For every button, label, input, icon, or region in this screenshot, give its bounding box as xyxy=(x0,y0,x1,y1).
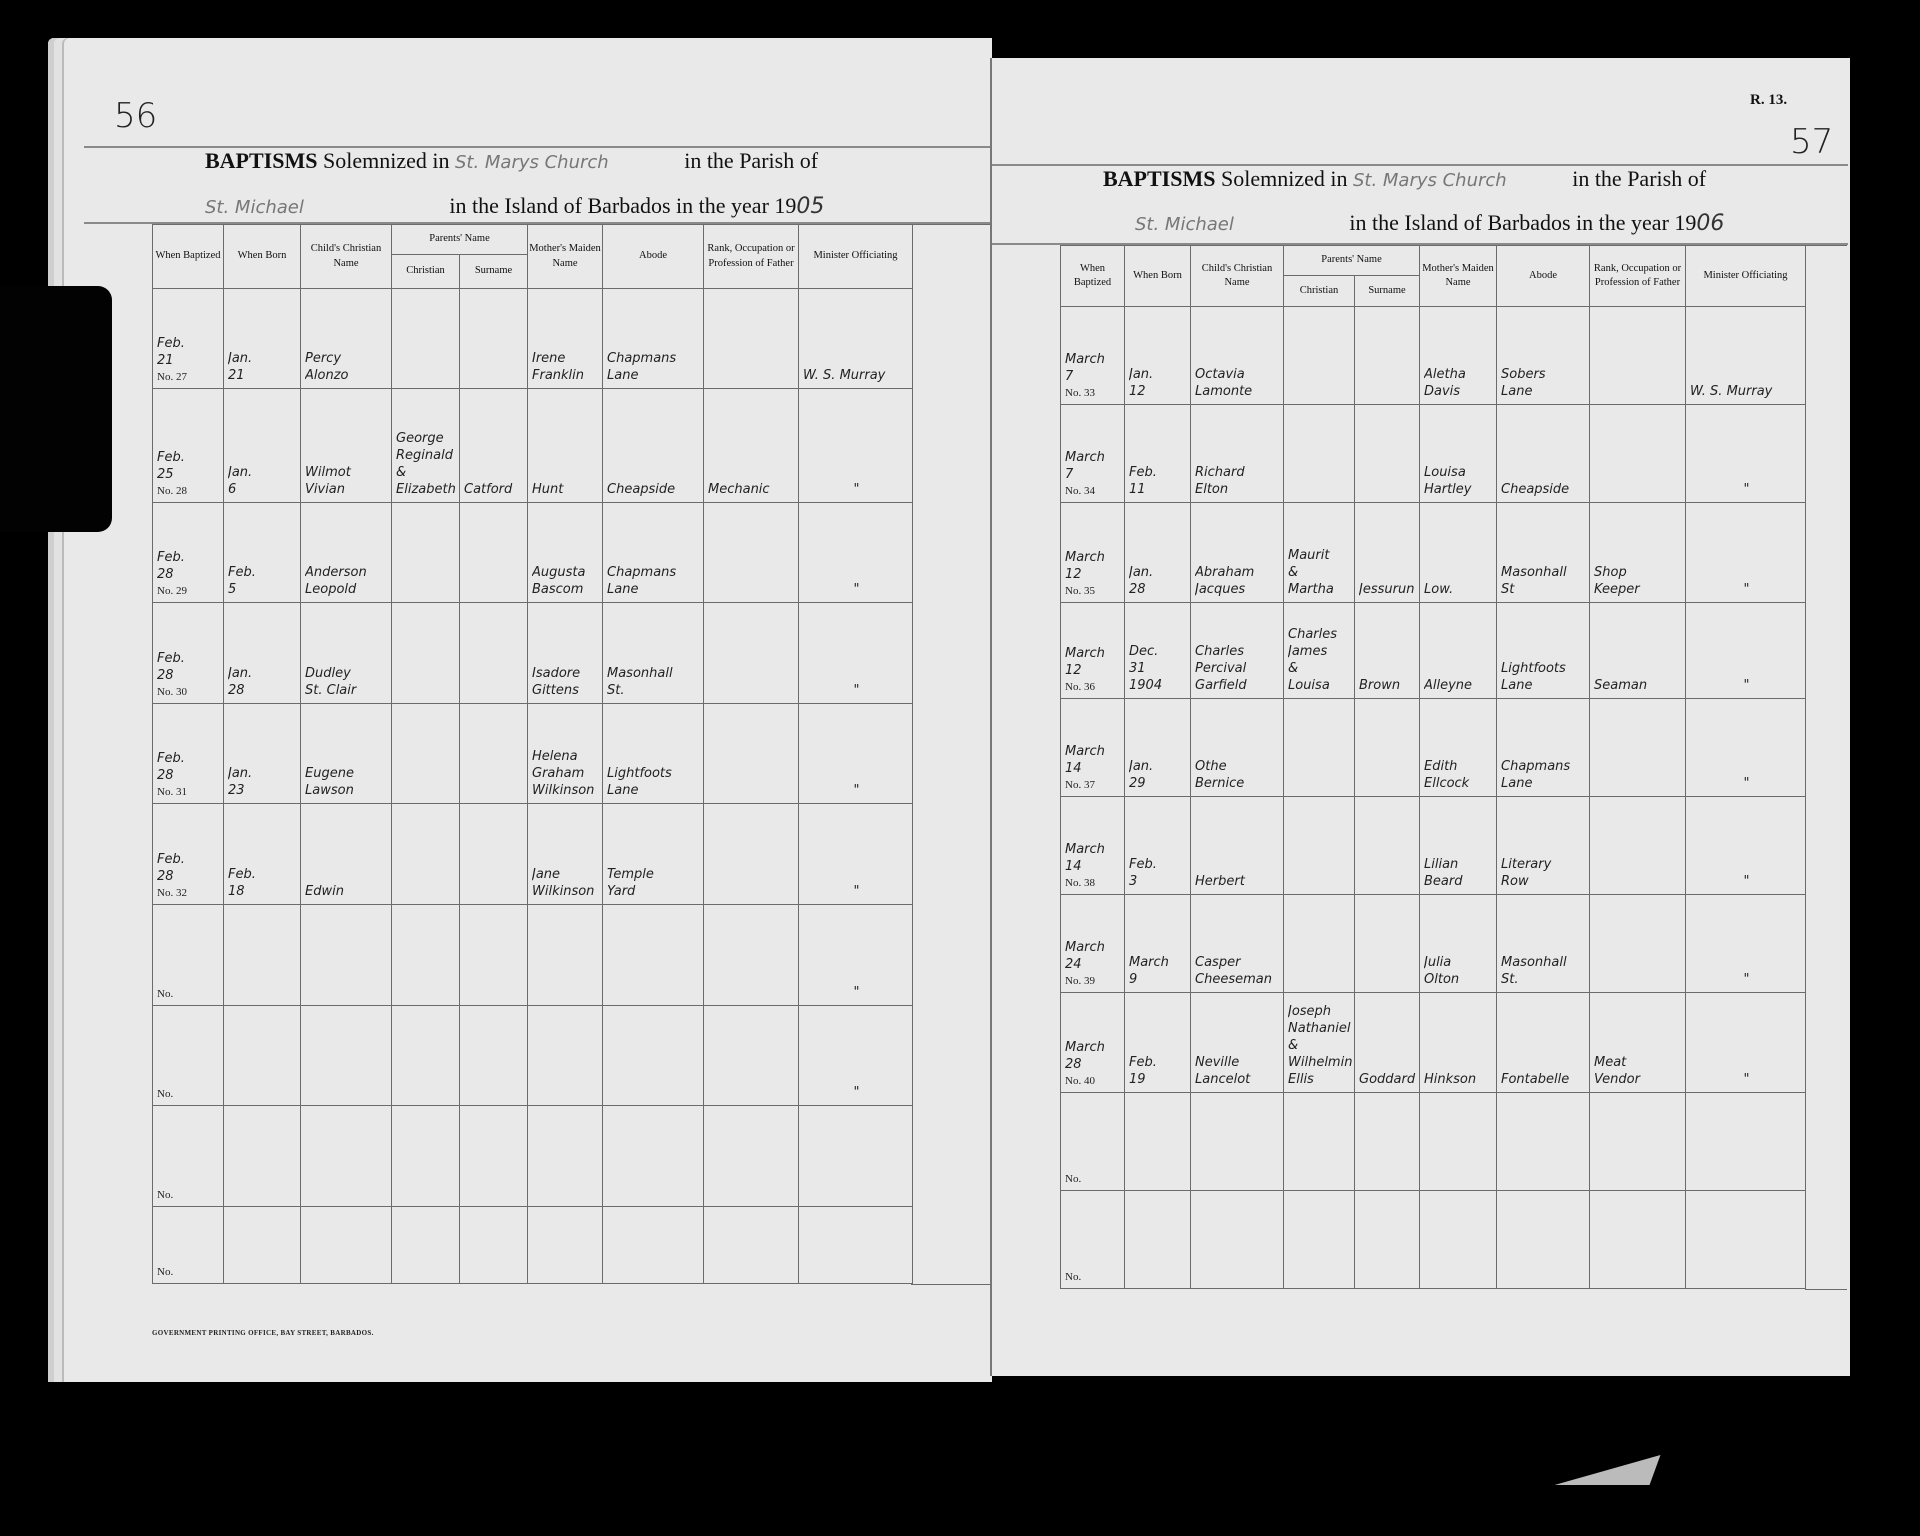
cell-born xyxy=(1125,1093,1191,1191)
cell-child: AbrahamJacques xyxy=(1191,503,1284,603)
cell-baptized: March7No. 34 xyxy=(1061,405,1125,503)
cell-minister xyxy=(799,1106,913,1207)
cell-text: Abraham xyxy=(1195,566,1281,581)
cell-text: Nathaniel xyxy=(1288,1022,1352,1037)
col-parent-surname-right: Surname xyxy=(1355,276,1420,307)
cell-baptized: March14No. 38 xyxy=(1061,797,1125,895)
cell-child: EugeneLawson xyxy=(301,704,392,804)
cell-child: DudleySt. Clair xyxy=(301,603,392,704)
table-row: Feb.21No. 27Jan.21PercyAlonzoIreneFrankl… xyxy=(153,289,913,389)
cell-text: Lane xyxy=(607,583,701,598)
cell-text: 28 xyxy=(157,870,221,885)
cell-baptized: March7No. 33 xyxy=(1061,307,1125,405)
cell-abode: LightfootsLane xyxy=(1497,603,1590,699)
cell-text: Feb. xyxy=(157,752,221,767)
cell-occupation: Mechanic xyxy=(704,389,799,503)
cell-mother: HelenaGrahamWilkinson xyxy=(528,704,603,804)
col-minister-right: Minister Officiating xyxy=(1686,246,1806,307)
cell-abode xyxy=(603,1106,704,1207)
form-code: R. 13. xyxy=(1750,92,1787,109)
entry-number: No. 29 xyxy=(157,585,221,598)
cell-text: " xyxy=(803,684,910,699)
cell-text: Dudley xyxy=(305,667,389,682)
cell-text: Jan. xyxy=(1129,368,1188,383)
cell-abode: ChapmansLane xyxy=(1497,699,1590,797)
cell-mother: LouisaHartley xyxy=(1420,405,1497,503)
cell-text: Feb. xyxy=(157,551,221,566)
cell-text: George xyxy=(396,432,457,447)
cell-baptized: No. xyxy=(153,1106,224,1207)
cell-text: Jan. xyxy=(1129,760,1188,775)
cell-occupation xyxy=(704,905,799,1006)
cell-p-christian xyxy=(1284,1191,1355,1289)
entry-number: No. xyxy=(1065,1271,1122,1284)
cell-text: Edith xyxy=(1424,760,1494,775)
cell-text: Mechanic xyxy=(708,483,796,498)
cell-p-christian xyxy=(1284,797,1355,895)
cell-text: " xyxy=(1690,583,1803,598)
cell-text: Feb. xyxy=(157,451,221,466)
table-row: March14No. 37Jan.29OtheBerniceEdithEllco… xyxy=(1061,699,1806,797)
cell-text: Louisa xyxy=(1288,679,1352,694)
title-parish-of: in the Parish of xyxy=(684,148,818,173)
cell-text: " xyxy=(803,483,910,498)
cell-text: James xyxy=(1288,645,1352,660)
cell-text: Casper xyxy=(1195,956,1281,971)
church-name-right: St. Marys Church xyxy=(1353,170,1507,191)
cell-text: 28 xyxy=(157,669,221,684)
cell-minister: " xyxy=(799,1006,913,1106)
cell-minister: W. S. Murray xyxy=(799,289,913,389)
cell-text: Beard xyxy=(1424,875,1494,890)
title-solemnized-right: Solemnized in xyxy=(1221,166,1347,191)
cell-abode: Cheapside xyxy=(603,389,704,503)
cell-text: " xyxy=(1690,777,1803,792)
cell-child: OctaviaLamonte xyxy=(1191,307,1284,405)
entry-number: No. 40 xyxy=(1065,1075,1122,1088)
cell-text: Vivian xyxy=(305,483,389,498)
entry-number: No. 37 xyxy=(1065,779,1122,792)
cell-child: Edwin xyxy=(301,804,392,905)
cell-occupation xyxy=(1590,405,1686,503)
cell-p-christian xyxy=(392,804,460,905)
cell-born: Feb.11 xyxy=(1125,405,1191,503)
cell-text: Catford xyxy=(464,483,525,498)
cell-minister: " xyxy=(799,905,913,1006)
cell-minister: " xyxy=(1686,797,1806,895)
cell-born xyxy=(224,1207,301,1284)
cell-baptized: Feb.28No. 29 xyxy=(153,503,224,603)
cell-occupation xyxy=(704,704,799,804)
cell-text: Lightfoots xyxy=(607,767,701,782)
col-abode: Abode xyxy=(603,225,704,289)
cell-text: " xyxy=(1690,1073,1803,1088)
cell-mother: AugustaBascom xyxy=(528,503,603,603)
entry-number: No. 39 xyxy=(1065,975,1122,988)
cell-p-surname: Catford xyxy=(460,389,528,503)
baptism-register-table-right: When Baptized When Born Child's Christia… xyxy=(1060,245,1806,1289)
cell-text: 19 xyxy=(1129,1073,1188,1088)
cell-text: Wilmot xyxy=(305,466,389,481)
cell-abode: TempleYard xyxy=(603,804,704,905)
cell-text: 28 xyxy=(1065,1058,1122,1073)
cell-child xyxy=(1191,1093,1284,1191)
cell-text: Cheeseman xyxy=(1195,973,1281,988)
cell-born: Feb.3 xyxy=(1125,797,1191,895)
cell-born: Jan.28 xyxy=(224,603,301,704)
table-row: March12No. 35Jan.28AbrahamJacquesMaurit&… xyxy=(1061,503,1806,603)
cell-p-surname xyxy=(1355,1191,1420,1289)
title-parish-of-right: in the Parish of xyxy=(1572,166,1706,191)
cell-baptized: Feb.21No. 27 xyxy=(153,289,224,389)
cell-p-surname: Brown xyxy=(1355,603,1420,699)
cell-occupation xyxy=(1590,307,1686,405)
cell-text: " xyxy=(803,986,910,1001)
table-row: March28No. 40Feb.19NevilleLancelotJoseph… xyxy=(1061,993,1806,1093)
table-row: March24No. 39March9CasperCheesemanJuliaO… xyxy=(1061,895,1806,993)
cell-text: Garfield xyxy=(1195,679,1281,694)
cell-born: Feb.19 xyxy=(1125,993,1191,1093)
col-mother-maiden: Mother's Maiden Name xyxy=(528,225,603,289)
church-name: St. Marys Church xyxy=(455,152,609,173)
page-number-left: 56 xyxy=(114,96,157,136)
year-suffix-right: 06 xyxy=(1696,211,1724,236)
cell-born xyxy=(224,905,301,1006)
cell-text: 7 xyxy=(1065,468,1122,483)
cell-mother: JuliaOlton xyxy=(1420,895,1497,993)
left-margin-column xyxy=(911,224,990,1285)
col-occupation-right: Rank, Occupation or Profession of Father xyxy=(1590,246,1686,307)
cell-text: Bernice xyxy=(1195,777,1281,792)
cell-text: Lamonte xyxy=(1195,385,1281,400)
cell-text: Temple xyxy=(607,868,701,883)
paper-scrap xyxy=(1555,1455,1661,1485)
cell-mother xyxy=(1420,1191,1497,1289)
cell-abode: ChapmansLane xyxy=(603,289,704,389)
cell-text: " xyxy=(1690,483,1803,498)
cell-text: Davis xyxy=(1424,385,1494,400)
cell-text: 28 xyxy=(157,769,221,784)
cell-abode xyxy=(603,1006,704,1106)
cell-born xyxy=(224,1106,301,1207)
cell-mother xyxy=(528,1106,603,1207)
col-occupation: Rank, Occupation or Profession of Father xyxy=(704,225,799,289)
cell-baptized: No. xyxy=(153,1006,224,1106)
cell-p-surname: Goddard xyxy=(1355,993,1420,1093)
cell-mother xyxy=(528,905,603,1006)
cell-text: Feb. xyxy=(1129,1056,1188,1071)
cell-child: WilmotVivian xyxy=(301,389,392,503)
cell-abode xyxy=(603,905,704,1006)
cell-text: Sobers xyxy=(1501,368,1587,383)
cell-text: Feb. xyxy=(228,566,298,581)
cell-text: Wilkinson xyxy=(532,784,600,799)
cell-p-surname xyxy=(460,804,528,905)
cell-text: 29 xyxy=(1129,777,1188,792)
cell-text: Augusta xyxy=(532,566,600,581)
entry-number: No. 38 xyxy=(1065,877,1122,890)
cell-text: Brown xyxy=(1359,679,1417,694)
col-when-born: When Born xyxy=(224,225,301,289)
cell-minister: " xyxy=(1686,993,1806,1093)
cell-text: Olton xyxy=(1424,973,1494,988)
cell-child xyxy=(301,1207,392,1284)
cell-minister: " xyxy=(1686,603,1806,699)
cell-born: Feb.5 xyxy=(224,503,301,603)
entry-number: No. 32 xyxy=(157,887,221,900)
cell-text: March xyxy=(1065,353,1122,368)
cell-text: Lane xyxy=(1501,777,1587,792)
entry-number: No. 30 xyxy=(157,686,221,699)
cell-text: " xyxy=(1690,875,1803,890)
title-island: in the Island of Barbados in the year 19 xyxy=(449,193,796,218)
table-row: No. xyxy=(153,1207,913,1284)
cell-child xyxy=(301,1006,392,1106)
cell-text: " xyxy=(803,885,910,900)
cell-p-christian xyxy=(392,503,460,603)
cell-minister: " xyxy=(799,804,913,905)
cell-p-surname xyxy=(460,503,528,603)
cell-text: Herbert xyxy=(1195,875,1281,890)
cell-p-surname xyxy=(460,1006,528,1106)
cell-minister: " xyxy=(1686,503,1806,603)
cell-minister: " xyxy=(1686,699,1806,797)
binder-tab xyxy=(0,286,112,532)
cell-text: Percy xyxy=(305,352,389,367)
cell-text: Alleyne xyxy=(1424,679,1494,694)
cell-text: Charles xyxy=(1288,628,1352,643)
cell-text: 12 xyxy=(1065,664,1122,679)
cell-text: 12 xyxy=(1065,568,1122,583)
cell-text: 1904 xyxy=(1129,679,1188,694)
cell-text: Feb. xyxy=(157,652,221,667)
cell-p-christian xyxy=(1284,1093,1355,1191)
cell-text: Lawson xyxy=(305,784,389,799)
title-solemnized: Solemnized in xyxy=(323,148,449,173)
cell-born: Jan.21 xyxy=(224,289,301,389)
cell-text: Keeper xyxy=(1594,583,1683,598)
cell-text: Jan. xyxy=(228,466,298,481)
cell-occupation xyxy=(1590,895,1686,993)
cell-text: St xyxy=(1501,583,1587,598)
cell-text: Meat xyxy=(1594,1056,1683,1071)
cell-p-surname xyxy=(1355,699,1420,797)
cell-occupation xyxy=(1590,1191,1686,1289)
cell-born xyxy=(224,1006,301,1106)
cell-text: " xyxy=(1690,679,1803,694)
cell-baptized: Feb.28No. 30 xyxy=(153,603,224,704)
cell-text: Julia xyxy=(1424,956,1494,971)
cell-text: Leopold xyxy=(305,583,389,598)
cell-text: Jessurun xyxy=(1359,583,1417,598)
cell-text: " xyxy=(803,1086,910,1101)
cell-mother: Hunt xyxy=(528,389,603,503)
cell-child xyxy=(301,905,392,1006)
cell-text: Martha xyxy=(1288,583,1352,598)
cell-child: CharlesPercivalGarfield xyxy=(1191,603,1284,699)
col-when-baptized-right: When Baptized xyxy=(1061,246,1125,307)
printer-footer: GOVERNMENT PRINTING OFFICE, BAY STREET, … xyxy=(152,1329,374,1337)
cell-text: March xyxy=(1129,956,1188,971)
cell-baptized: March12No. 36 xyxy=(1061,603,1125,699)
cell-abode: LiteraryRow xyxy=(1497,797,1590,895)
cell-p-christian xyxy=(1284,307,1355,405)
title-baptisms-right: BAPTISMS xyxy=(1103,166,1215,191)
year-suffix: 05 xyxy=(796,194,824,219)
cell-child xyxy=(301,1106,392,1207)
cell-occupation xyxy=(1590,797,1686,895)
cell-baptized: No. xyxy=(153,905,224,1006)
cell-text: Chapmans xyxy=(607,352,701,367)
cell-mother: JaneWilkinson xyxy=(528,804,603,905)
cell-text: W. S. Murray xyxy=(1690,385,1803,400)
cell-abode: Fontabelle xyxy=(1497,993,1590,1093)
cell-p-christian: GeorgeReginald&Elizabeth xyxy=(392,389,460,503)
table-row: No. xyxy=(1061,1191,1806,1289)
table-row: March7No. 34Feb.11RichardEltonLouisaHart… xyxy=(1061,405,1806,503)
cell-text: March xyxy=(1065,745,1122,760)
cell-p-surname xyxy=(1355,405,1420,503)
cell-text: Jacques xyxy=(1195,583,1281,598)
cell-p-surname xyxy=(460,704,528,804)
cell-abode: SobersLane xyxy=(1497,307,1590,405)
cell-text: Lancelot xyxy=(1195,1073,1281,1088)
cell-born: March9 xyxy=(1125,895,1191,993)
cell-text: Jan. xyxy=(1129,566,1188,581)
baptism-register-table-left: When Baptized When Born Child's Christia… xyxy=(152,224,913,1284)
cell-baptized: March14No. 37 xyxy=(1061,699,1125,797)
cell-minister xyxy=(1686,1093,1806,1191)
cell-born: Jan.23 xyxy=(224,704,301,804)
title-line-left-1: BAPTISMS Solemnized in St. Marys Church … xyxy=(205,148,818,174)
cell-mother: IreneFranklin xyxy=(528,289,603,389)
cell-minister: " xyxy=(1686,405,1806,503)
cell-minister: " xyxy=(1686,895,1806,993)
table-row: March14No. 38Feb.3HerbertLilianBeardLite… xyxy=(1061,797,1806,895)
cell-text: 9 xyxy=(1129,973,1188,988)
cell-text: March xyxy=(1065,451,1122,466)
cell-text: Cheapside xyxy=(1501,483,1587,498)
cell-mother: EdithEllcock xyxy=(1420,699,1497,797)
cell-minister: " xyxy=(799,704,913,804)
cell-minister: W. S. Murray xyxy=(1686,307,1806,405)
cell-born: Feb.18 xyxy=(224,804,301,905)
cell-p-surname xyxy=(1355,307,1420,405)
cell-text: 14 xyxy=(1065,860,1122,875)
cell-p-christian: JosephNathaniel&WilhelminaEllis xyxy=(1284,993,1355,1093)
cell-text: Louisa xyxy=(1424,466,1494,481)
cell-text: 3 xyxy=(1129,875,1188,890)
table-row: No." xyxy=(153,1006,913,1106)
cell-text: Octavia xyxy=(1195,368,1281,383)
cell-text: Masonhall xyxy=(607,667,701,682)
right-margin-column xyxy=(1805,245,1847,1290)
cell-text: 14 xyxy=(1065,762,1122,777)
entry-number: No. xyxy=(157,988,221,1001)
cell-text: Neville xyxy=(1195,1056,1281,1071)
cell-text: St. xyxy=(1501,973,1587,988)
cell-p-christian: CharlesJames&Louisa xyxy=(1284,603,1355,699)
table-row: Feb.25No. 28Jan.6WilmotVivianGeorgeRegin… xyxy=(153,389,913,503)
cell-occupation: ShopKeeper xyxy=(1590,503,1686,603)
cell-text: Joseph xyxy=(1288,1005,1352,1020)
cell-baptized: Feb.28No. 31 xyxy=(153,704,224,804)
cell-text: St. Clair xyxy=(305,684,389,699)
title-line-right-1: BAPTISMS Solemnized in St. Marys Church … xyxy=(1103,166,1706,192)
col-mother-maiden-right: Mother's Maiden Name xyxy=(1420,246,1497,307)
cell-text: 18 xyxy=(228,885,298,900)
cell-p-surname xyxy=(460,603,528,704)
cell-born: Jan.6 xyxy=(224,389,301,503)
cell-minister xyxy=(1686,1191,1806,1289)
cell-mother: Alleyne xyxy=(1420,603,1497,699)
cell-child: OtheBernice xyxy=(1191,699,1284,797)
cell-p-surname xyxy=(1355,895,1420,993)
col-parent-christian: Christian xyxy=(392,255,460,289)
cell-text: Cheapside xyxy=(607,483,701,498)
col-when-born-right: When Born xyxy=(1125,246,1191,307)
cell-text: 6 xyxy=(228,483,298,498)
cell-p-christian xyxy=(392,905,460,1006)
cell-text: Masonhall xyxy=(1501,566,1587,581)
cell-text: 25 xyxy=(157,468,221,483)
table-row: March7No. 33Jan.12OctaviaLamonteAlethaDa… xyxy=(1061,307,1806,405)
cell-text: Gittens xyxy=(532,684,600,699)
col-child-name: Child's Christian Name xyxy=(301,225,392,289)
col-parents-name-right: Parents' Name xyxy=(1284,246,1420,276)
cell-text: Feb. xyxy=(1129,858,1188,873)
title-island-right: in the Island of Barbados in the year 19 xyxy=(1349,210,1696,235)
cell-text: Lane xyxy=(1501,679,1587,694)
cell-baptized: Feb.28No. 32 xyxy=(153,804,224,905)
entry-number: No. 28 xyxy=(157,485,221,498)
cell-text: 28 xyxy=(157,568,221,583)
cell-child: AndersonLeopold xyxy=(301,503,392,603)
cell-text: 7 xyxy=(1065,370,1122,385)
cell-occupation xyxy=(704,1207,799,1284)
cell-text: W. S. Murray xyxy=(803,369,910,384)
cell-text: Vendor xyxy=(1594,1073,1683,1088)
cell-text: 28 xyxy=(1129,583,1188,598)
entry-number: No. 31 xyxy=(157,786,221,799)
cell-occupation xyxy=(1590,1093,1686,1191)
cell-baptized: No. xyxy=(153,1207,224,1284)
cell-occupation xyxy=(704,804,799,905)
cell-born: Jan.12 xyxy=(1125,307,1191,405)
cell-mother: Hinkson xyxy=(1420,993,1497,1093)
cell-text: Othe xyxy=(1195,760,1281,775)
cell-text: Ellcock xyxy=(1424,777,1494,792)
cell-p-surname xyxy=(460,1207,528,1284)
entry-number: No. 33 xyxy=(1065,387,1122,400)
cell-abode xyxy=(603,1207,704,1284)
entry-number: No. xyxy=(157,1266,221,1279)
cell-text: Aletha xyxy=(1424,368,1494,383)
table-row: No." xyxy=(153,905,913,1006)
table-row: No. xyxy=(153,1106,913,1207)
cell-text: & xyxy=(396,466,457,481)
cell-p-christian xyxy=(392,603,460,704)
cell-p-christian: Maurit&Martha xyxy=(1284,503,1355,603)
cell-text: Alonzo xyxy=(305,369,389,384)
cell-text: Irene xyxy=(532,352,600,367)
cell-text: Feb. xyxy=(157,337,221,352)
cell-child: NevilleLancelot xyxy=(1191,993,1284,1093)
cell-p-surname xyxy=(460,905,528,1006)
title-line-right-2: St. Michael in the Island of Barbados in… xyxy=(1135,210,1724,236)
cell-text: Edwin xyxy=(305,885,389,900)
cell-p-christian xyxy=(1284,699,1355,797)
